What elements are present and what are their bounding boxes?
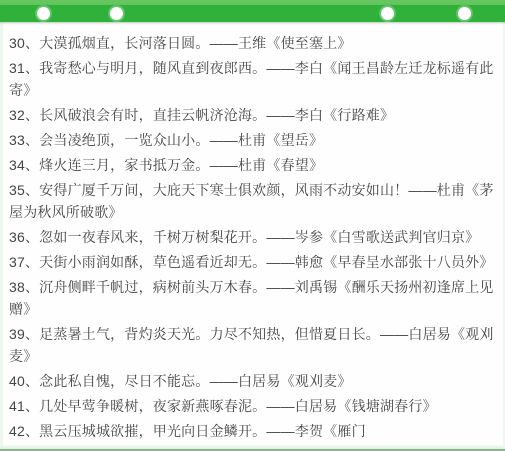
quote-line: 40、念此私自愧，尽日不能忘。——白居易《观刈麦》 — [9, 370, 495, 392]
quote-line: 38、沉舟侧畔千帆过，病树前头万木春。——刘禹锡《酬乐天扬州初逢席上见赠》 — [9, 276, 495, 320]
binder-hole-icon — [37, 7, 50, 20]
notebook-page: 30、大漠孤烟直，长河落日圆。——王维《使至塞上》31、我寄愁心与明月，随风直到… — [0, 0, 505, 451]
binder-header-bar — [0, 5, 505, 22]
quote-line: 35、安得广厦千万间，大庇天下寒士俱欢颜，风雨不动安如山！——杜甫《茅屋为秋风所… — [9, 179, 495, 223]
quote-line: 36、忽如一夜春风来，千树万树梨花开。——岑参《白雪歌送武判官归京》 — [9, 226, 495, 248]
binder-hole-icon — [381, 7, 394, 20]
binder-hole-icon — [110, 7, 123, 20]
quote-line: 34、烽火连三月，家书抵万金。——杜甫《春望》 — [9, 154, 495, 176]
binder-hole-icon — [458, 7, 471, 20]
quote-line: 33、会当凌绝顶，一览众山小。——杜甫《望岳》 — [9, 129, 495, 151]
quote-line: 37、天街小雨润如酥，草色遥看近却无。——韩愈《早春呈水部张十八员外》 — [9, 251, 495, 273]
quote-line: 31、我寄愁心与明月，随风直到夜郎西。——李白《闻王昌龄左迁龙标遥有此寄》 — [9, 57, 495, 101]
quote-line: 41、几处早莺争暖树，夜家新燕啄春泥。——白居易《钱塘湖春行》 — [9, 395, 495, 417]
quote-line: 42、黑云压城城欲摧，甲光向日金鳞开。——李贺《雁门 — [9, 420, 495, 442]
quote-line: 32、长风破浪会有时，直挂云帆济沧海。——李白《行路难》 — [9, 104, 495, 126]
bottom-edge-strip — [0, 445, 505, 451]
quote-line: 30、大漠孤烟直，长河落日圆。——王维《使至塞上》 — [9, 32, 495, 54]
quote-list: 30、大漠孤烟直，长河落日圆。——王维《使至塞上》31、我寄愁心与明月，随风直到… — [3, 22, 503, 442]
quote-line: 39、足蒸暑土气，背灼炎天光。力尽不知热，但惜夏日长。——白居易《观刈麦》 — [9, 323, 495, 367]
